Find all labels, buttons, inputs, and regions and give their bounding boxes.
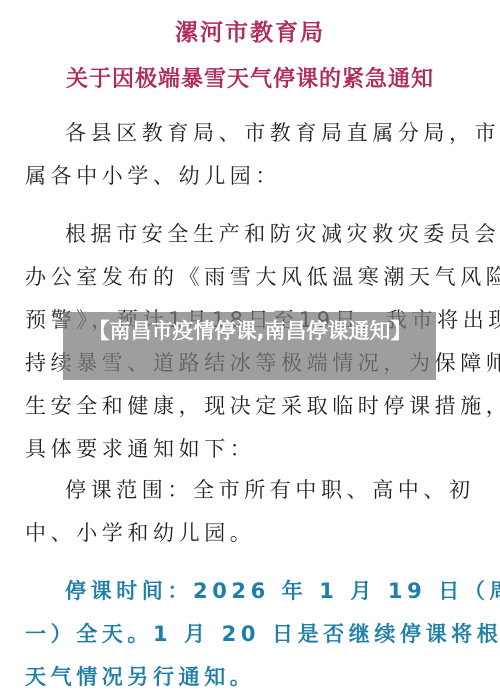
- scope-line: 中、小学和幼儿园。: [25, 512, 485, 555]
- notice-title: 关于因极端暴雪天气停课的紧急通知: [0, 62, 500, 93]
- suspension-time: 停课时间：2026 年 1 月 19 日（周 一）全天。1 月 20 日是否继续…: [25, 570, 485, 693]
- salutation-line: 属各中小学、幼儿园：: [25, 155, 485, 198]
- salutation-line: 各县区教育局、市教育局直属分局，市: [25, 112, 485, 155]
- time-line: 停课时间：2026 年 1 月 19 日（周: [25, 570, 485, 613]
- paragraph-line: 办公室发布的《雨雪大风低温寒潮天气风险: [25, 256, 485, 299]
- salutation: 各县区教育局、市教育局直属分局，市 属各中小学、幼儿园：: [25, 112, 485, 198]
- time-line: 一）全天。1 月 20 日是否继续停课将根据: [25, 613, 485, 656]
- suspension-scope: 停课范围：全市所有中职、高中、初 中、小学和幼儿园。: [25, 469, 485, 555]
- caption-text: 【南昌市疫情停课,南昌停课通知】: [80, 316, 420, 346]
- time-line: 天气情况另行通知。: [25, 656, 485, 693]
- issuer-title: 漯河市教育局: [0, 14, 500, 47]
- paragraph-line: 根据市安全生产和防灾减灾救灾委员会: [25, 213, 485, 256]
- paragraph-line: 生安全和健康，现决定采取临时停课措施，: [25, 385, 485, 428]
- scope-line: 停课范围：全市所有中职、高中、初: [25, 469, 485, 512]
- paragraph-line: 具体要求通知如下：: [25, 428, 485, 471]
